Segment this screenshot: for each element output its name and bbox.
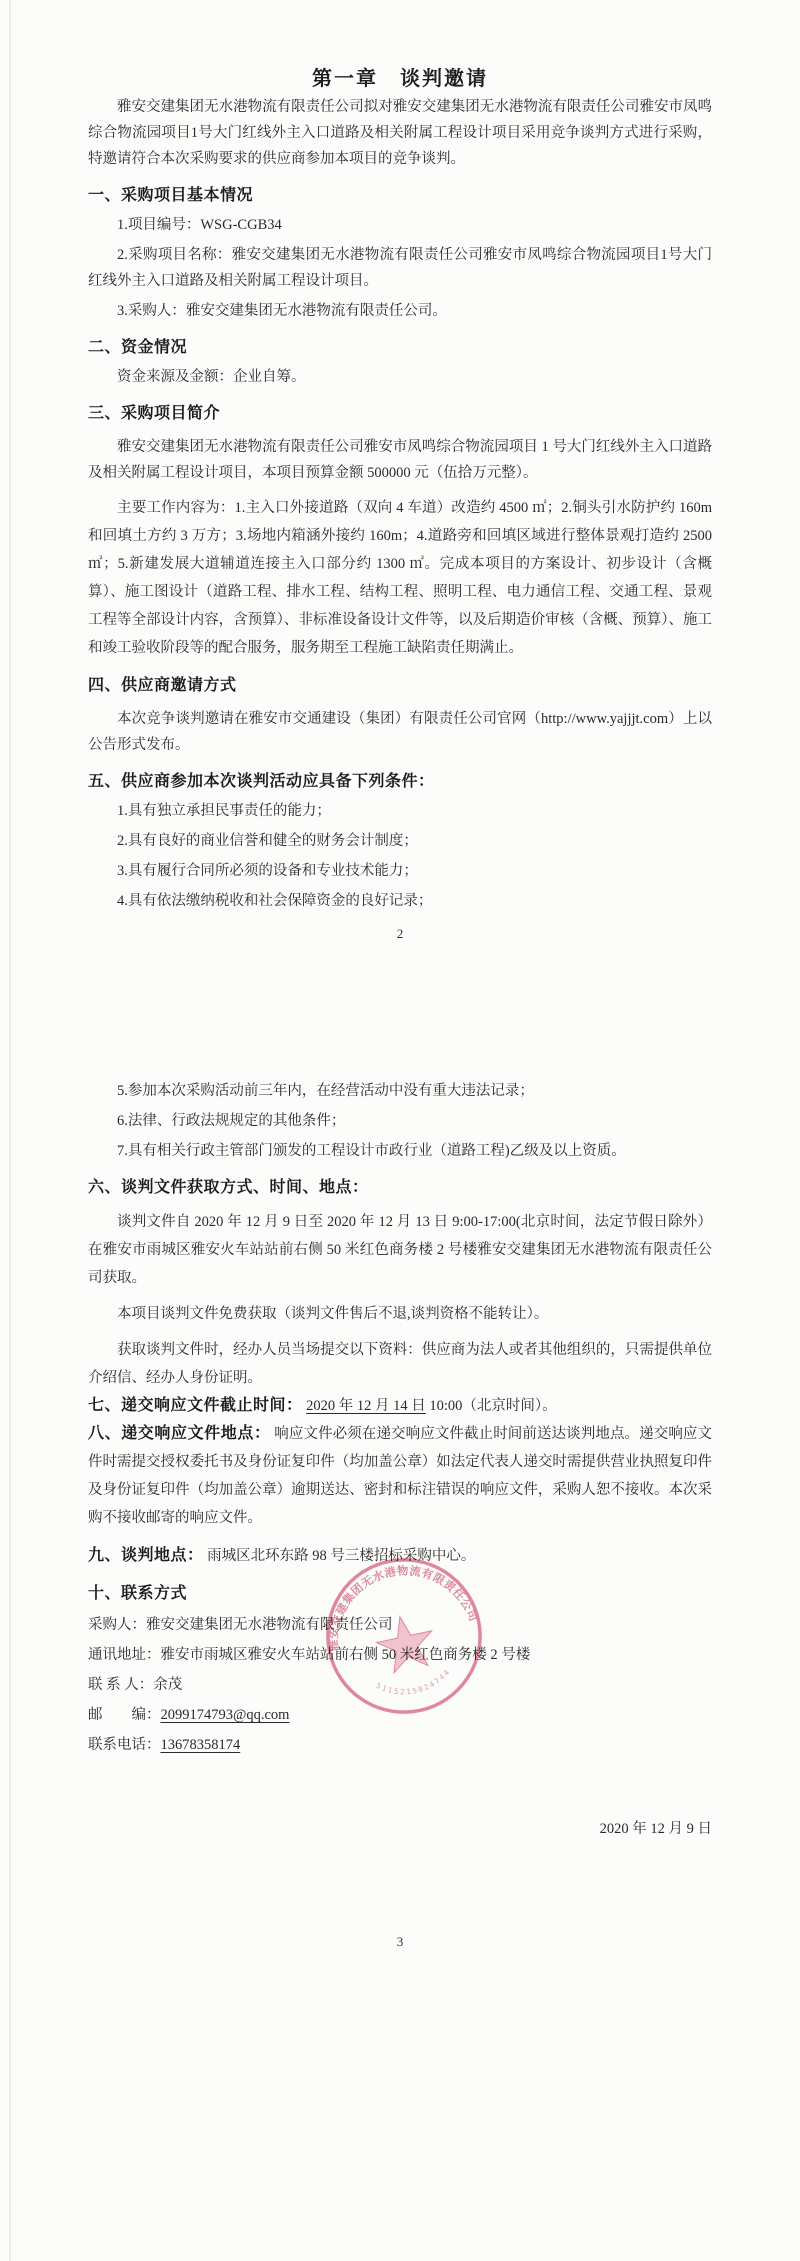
section-5-heading: 五、供应商参加本次谈判活动应具备下列条件：	[88, 770, 712, 794]
scan-edge-line	[9, 0, 11, 2261]
contact-label: 邮 编：	[88, 1707, 161, 1723]
qualification-item: 2.具有良好的商业信誉和健全的财务会计制度；	[88, 828, 712, 854]
document-obtain-paragraph: 谈判文件自 2020 年 12 月 9 日至 2020 年 12 月 13 日 …	[88, 1208, 712, 1292]
purchaser-item: 3.采购人：雅安交建集团无水港物流有限责任公司。	[88, 298, 712, 324]
project-name-item: 2.采购项目名称：雅安交建集团无水港物流有限责任公司雅安市凤鸣综合物流园项目1号…	[88, 242, 712, 294]
contact-label: 通讯地址：	[88, 1647, 161, 1663]
section-9-heading: 九、谈判地点：	[88, 1547, 204, 1564]
document-date: 2020 年 12 月 9 日	[88, 1816, 712, 1842]
contact-row-person: 联 系 人：余茂	[88, 1670, 712, 1700]
contact-section: 九、谈判地点： 雨城区北环东路 98 号三楼招标采购中心。 十、联系方式 采购人…	[88, 1542, 712, 1760]
contact-value: 余茂	[153, 1677, 182, 1693]
page-number-3: 3	[88, 1932, 712, 1952]
page-break-gap	[88, 944, 712, 1074]
scanned-document-page: 第一章 谈判邀请 雅安交建集团无水港物流有限责任公司拟对雅安交建集团无水港物流有…	[0, 0, 800, 2261]
work-scope-paragraph: 主要工作内容为：1.主入口外接道路（双向 4 车道）改造约 4500 ㎡；2.铜…	[88, 494, 712, 662]
document-content: 第一章 谈判邀请 雅安交建集团无水港物流有限责任公司拟对雅安交建集团无水港物流有…	[0, 0, 800, 1952]
contact-row-phone: 联系电话：13678358174	[88, 1730, 712, 1760]
qualification-item: 4.具有依法缴纳税收和社会保障资金的良好记录；	[88, 888, 712, 914]
section-8-heading: 八、递交响应文件地点：	[88, 1425, 271, 1442]
contact-row-purchaser: 采购人：雅安交建集团无水港物流有限责任公司	[88, 1610, 712, 1640]
project-number-item: 1.项目编号：WSG-CGB34	[88, 212, 712, 238]
contact-phone-value: 13678358174	[161, 1737, 241, 1753]
section-10-heading: 十、联系方式	[88, 1582, 712, 1606]
submission-deadline-date: 2020 年 12 月 14 日	[306, 1398, 426, 1414]
obtain-materials-paragraph: 获取谈判文件时，经办人员当场提交以下资料：供应商为法人或者其他组织的，只需提供单…	[88, 1336, 712, 1392]
qualification-item: 1.具有独立承担民事责任的能力；	[88, 798, 712, 824]
section-8-paragraph: 八、递交响应文件地点： 响应文件必须在递交响应文件截止时间前送达谈判地点。递交响…	[88, 1420, 712, 1532]
chapter-title: 第一章 谈判邀请	[88, 64, 712, 94]
intro-paragraph: 雅安交建集团无水港物流有限责任公司拟对雅安交建集团无水港物流有限责任公司雅安市凤…	[88, 94, 712, 172]
submission-deadline-time: 10:00（北京时间）。	[429, 1398, 556, 1414]
qualification-item: 3.具有履行合同所必须的设备和专业技术能力；	[88, 858, 712, 884]
contact-row-email: 邮 编：2099174793@qq.com	[88, 1700, 712, 1730]
contact-row-address: 通讯地址：雅安市雨城区雅安火车站站前右侧 50 米红色商务楼 2 号楼	[88, 1640, 712, 1670]
contact-label: 联系电话：	[88, 1737, 161, 1753]
contact-value: 雅安交建集团无水港物流有限责任公司	[146, 1617, 393, 1633]
contact-label: 采购人：	[88, 1617, 146, 1633]
free-obtain-paragraph: 本项目谈判文件免费获取（谈判文件售后不退,谈判资格不能转让）。	[88, 1300, 712, 1328]
section-7-line: 七、递交响应文件截止时间： 2020 年 12 月 14 日 10:00（北京时…	[88, 1392, 712, 1420]
section-7-heading: 七、递交响应文件截止时间：	[88, 1397, 303, 1414]
project-brief-paragraph: 雅安交建集团无水港物流有限责任公司雅安市凤鸣综合物流园项目 1 号大门红线外主入…	[88, 434, 712, 486]
funding-source-line: 资金来源及金额：企业自筹。	[88, 364, 712, 390]
section-1-heading: 一、采购项目基本情况	[88, 184, 712, 208]
section-3-heading: 三、采购项目简介	[88, 402, 712, 426]
section-6-heading: 六、谈判文件获取方式、时间、地点：	[88, 1176, 712, 1200]
contact-value: 雅安市雨城区雅安火车站站前右侧 50 米红色商务楼 2 号楼	[161, 1647, 531, 1663]
page-number-2: 2	[88, 924, 712, 944]
section-4-heading: 四、供应商邀请方式	[88, 674, 712, 698]
contact-email-value: 2099174793@qq.com	[161, 1707, 290, 1723]
contact-label: 联 系 人：	[88, 1677, 153, 1693]
negotiation-place-text: 雨城区北环东路 98 号三楼招标采购中心。	[207, 1548, 475, 1564]
qualification-item: 7.具有相关行政主管部门颁发的工程设计市政行业（道路工程)乙级及以上资质。	[88, 1138, 712, 1164]
qualification-item: 5.参加本次采购活动前三年内，在经营活动中没有重大违法记录；	[88, 1078, 712, 1104]
announcement-channel-paragraph: 本次竞争谈判邀请在雅安市交通建设（集团）有限责任公司官网（http://www.…	[88, 706, 712, 758]
section-9-line: 九、谈判地点： 雨城区北环东路 98 号三楼招标采购中心。	[88, 1542, 712, 1570]
qualification-item: 6.法律、行政法规规定的其他条件；	[88, 1108, 712, 1134]
section-2-heading: 二、资金情况	[88, 336, 712, 360]
